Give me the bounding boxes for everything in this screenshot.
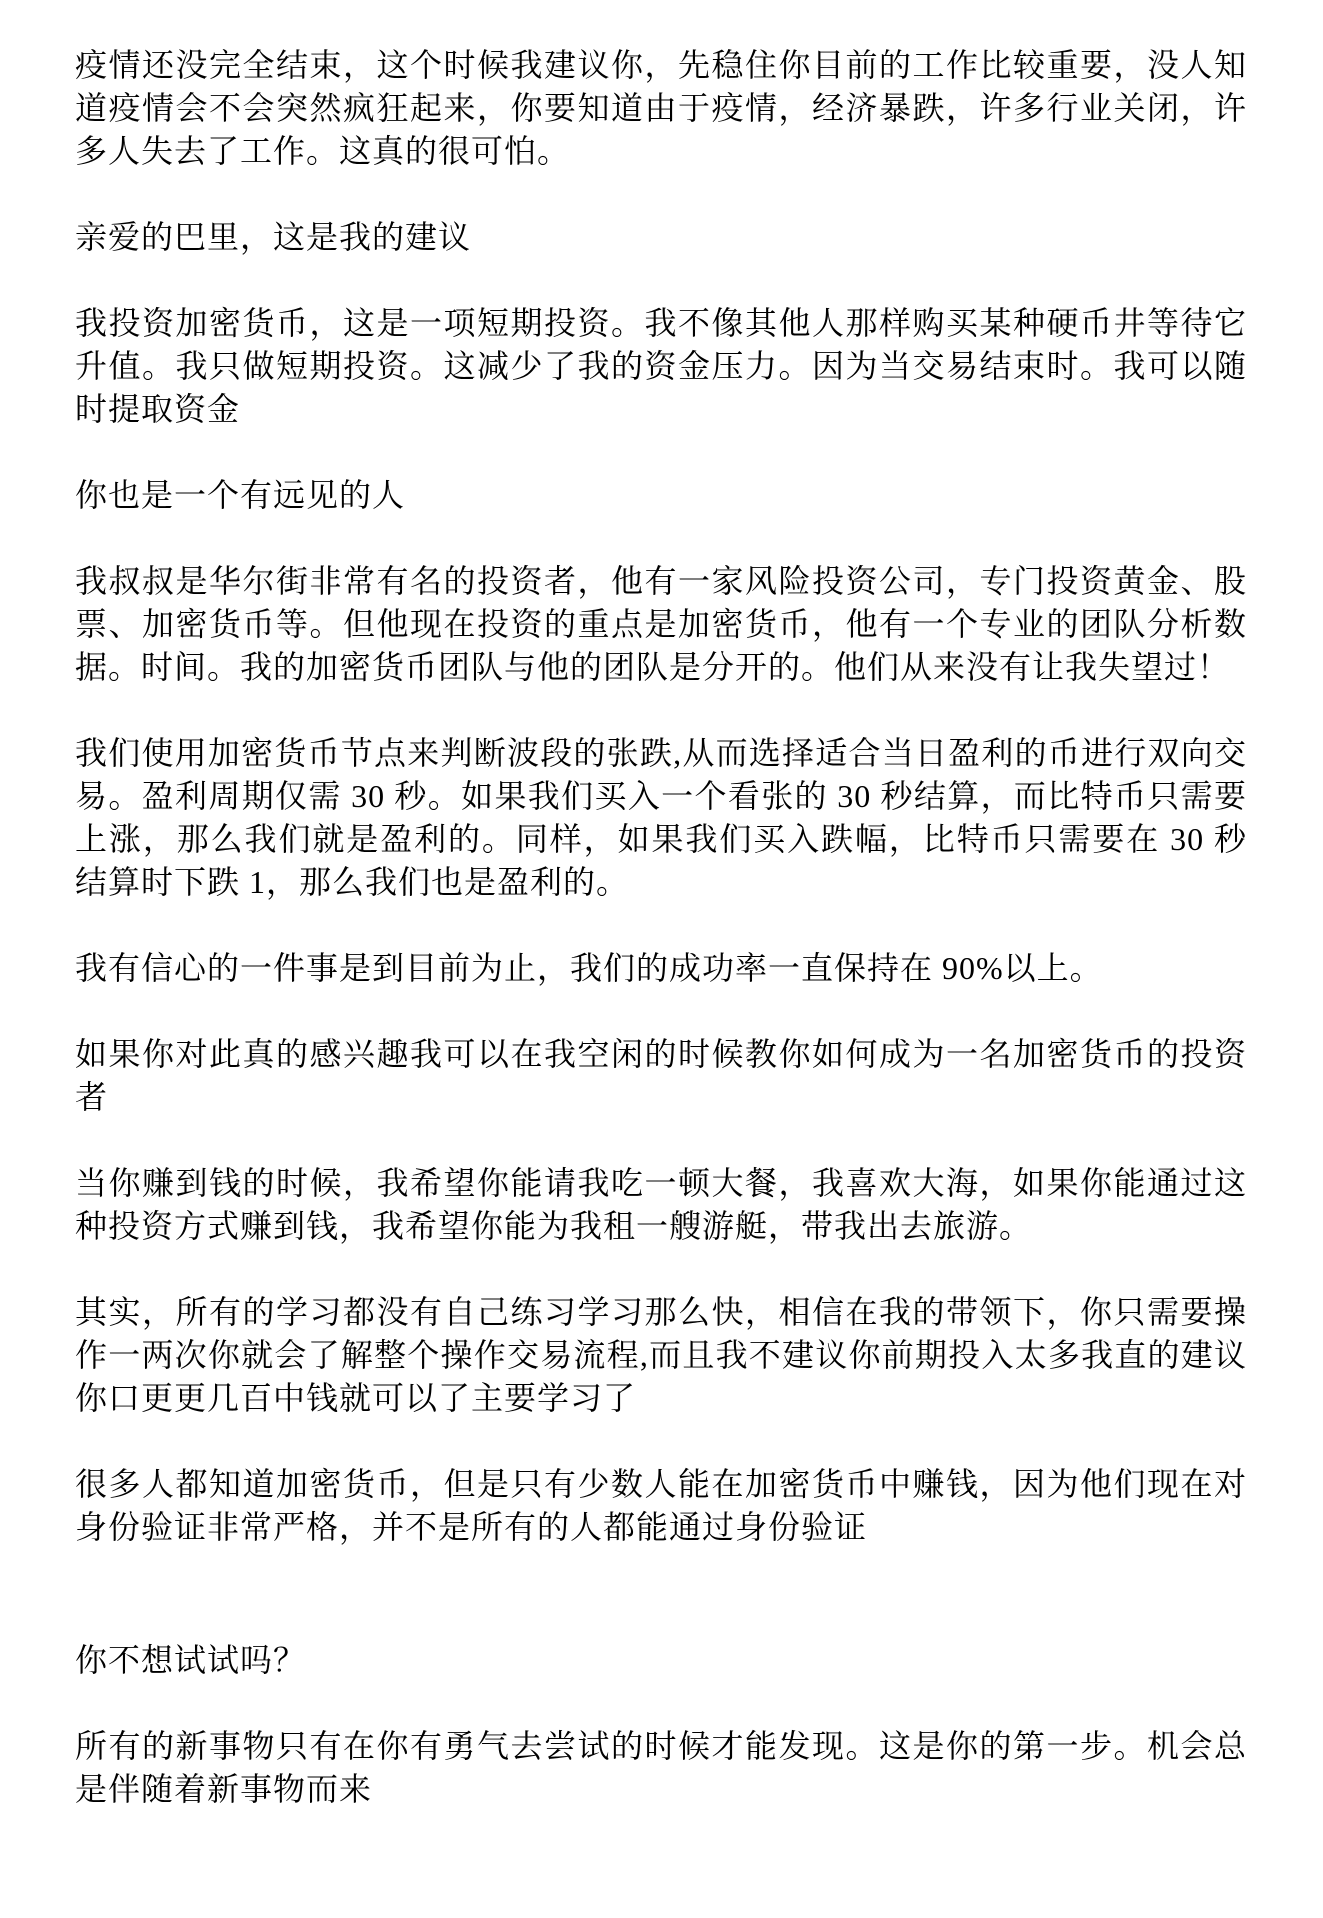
- paragraph: 疫情还没完全结束，这个时候我建议你，先稳住你目前的工作比较重要，没人知道疫情会不…: [75, 44, 1247, 173]
- document-page: 疫情还没完全结束，这个时候我建议你，先稳住你目前的工作比较重要，没人知道疫情会不…: [0, 0, 1323, 1918]
- paragraph: 当你赚到钱的时候，我希望你能请我吃一顿大餐，我喜欢大海，如果你能通过这种投资方式…: [75, 1162, 1247, 1248]
- paragraph: 所有的新事物只有在你有勇气去尝试的时候才能发现。这是你的第一步。机会总是伴随着新…: [75, 1725, 1247, 1811]
- paragraph: 我投资加密货币，这是一项短期投资。我不像其他人那样购买某种硬币井等待它升值。我只…: [75, 302, 1247, 431]
- paragraph: 其实，所有的学习都没有自己练习学习那么快，相信在我的带领下，你只需要操作一两次你…: [75, 1291, 1247, 1420]
- paragraph: 我叔叔是华尔街非常有名的投资者，他有一家风险投资公司，专门投资黄金、股票、加密货…: [75, 560, 1247, 689]
- paragraph: 我有信心的一件事是到目前为止，我们的成功率一直保持在 90%以上。: [75, 947, 1247, 990]
- paragraph: 亲爱的巴里，这是我的建议: [75, 216, 1247, 259]
- paragraph: 如果你对此真的感兴趣我可以在我空闲的时候教你如何成为一名加密货币的投资者: [75, 1033, 1247, 1119]
- paragraph: 你不想试试吗？: [75, 1639, 1247, 1682]
- paragraph: 你也是一个有远见的人: [75, 474, 1247, 517]
- paragraph: 很多人都知道加密货币，但是只有少数人能在加密货币中赚钱，因为他们现在对身份验证非…: [75, 1463, 1247, 1549]
- paragraph: 我们使用加密货币节点来判断波段的张跌,从而选择适合当日盈利的币进行双向交易。盈利…: [75, 732, 1247, 904]
